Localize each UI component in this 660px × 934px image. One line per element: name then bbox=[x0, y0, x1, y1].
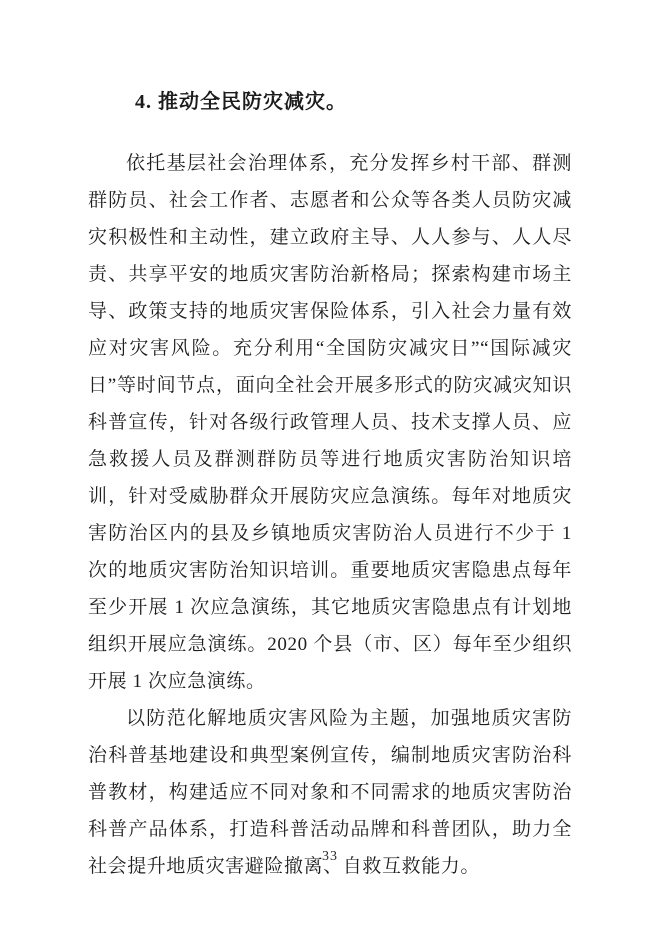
body-paragraph-1: 依托基层社会治理体系，充分发挥乡村干部、群测群防员、社会工作者、志愿者和公众等各… bbox=[88, 145, 572, 700]
section-heading: 4. 推动全民防灾减灾。 bbox=[88, 84, 572, 121]
page-number: 33 bbox=[0, 849, 660, 865]
document-page: 4. 推动全民防灾减灾。 依托基层社会治理体系，充分发挥乡村干部、群测群防员、社… bbox=[0, 0, 660, 934]
